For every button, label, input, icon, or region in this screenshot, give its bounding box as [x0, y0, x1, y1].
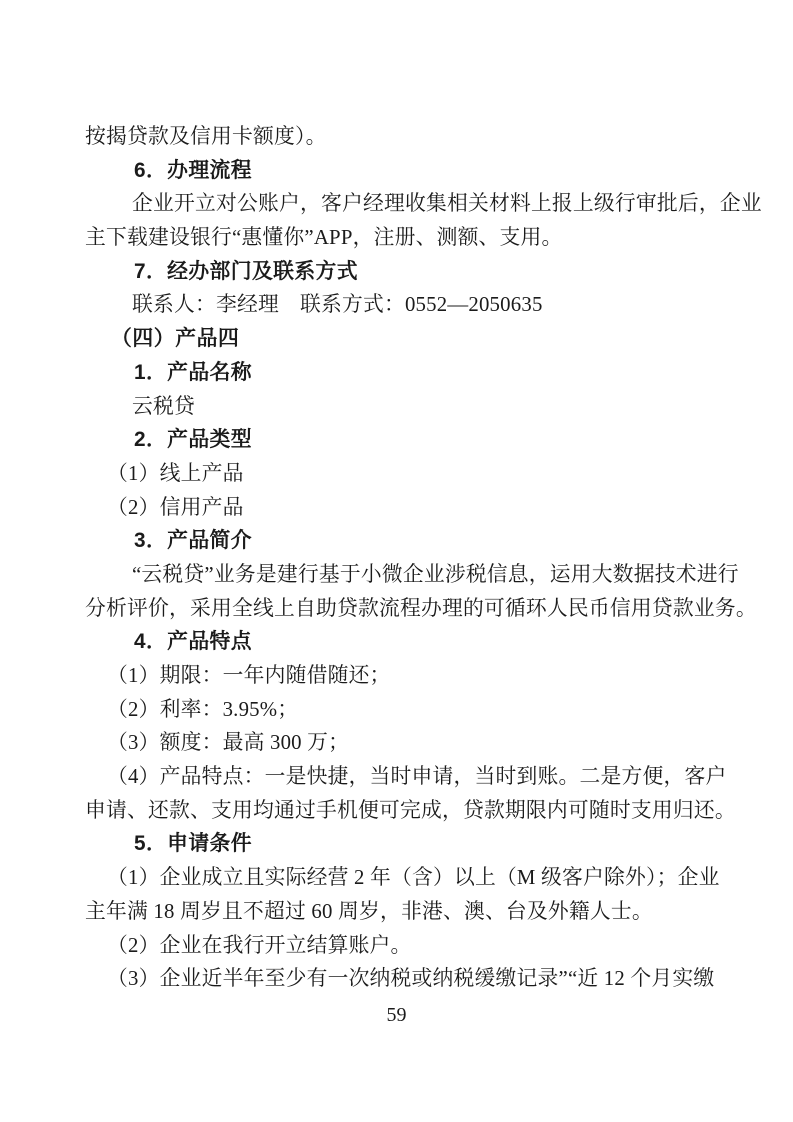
page-number: 59 [0, 1001, 793, 1029]
text-line: （2）信用产品 [85, 491, 713, 525]
text-line: （四）产品四 [85, 322, 713, 356]
text-line: 4．产品特点 [85, 625, 713, 659]
document-body: 按揭贷款及信用卡额度）。6．办理流程企业开立对公账户，客户经理收集相关材料上报上… [85, 120, 713, 996]
text-line: 6．办理流程 [85, 154, 713, 188]
text-line: “云税贷”业务是建行基于小微企业涉税信息，运用大数据技术进行 [85, 558, 713, 592]
text-line: （2）利率：3.95%； [85, 693, 713, 727]
text-line: 5．申请条件 [85, 827, 713, 861]
text-line: 主年满 18 周岁且不超过 60 周岁，非港、澳、台及外籍人士。 [85, 895, 713, 929]
text-line: （2）企业在我行开立结算账户。 [85, 929, 713, 963]
text-line: （3）额度：最高 300 万； [85, 726, 713, 760]
text-line: 按揭贷款及信用卡额度）。 [85, 120, 713, 154]
text-line: 7．经办部门及联系方式 [85, 255, 713, 289]
text-line: 3．产品简介 [85, 524, 713, 558]
text-line: 2．产品类型 [85, 423, 713, 457]
text-line: 1．产品名称 [85, 356, 713, 390]
text-line: （1）期限：一年内随借随还； [85, 659, 713, 693]
text-line: （3）企业近半年至少有一次纳税或纳税缓缴记录”“近 12 个月实缴 [85, 962, 713, 996]
text-line: （1）企业成立且实际经营 2 年（含）以上（M 级客户除外）；企业 [85, 861, 713, 895]
document-page: 按揭贷款及信用卡额度）。6．办理流程企业开立对公账户，客户经理收集相关材料上报上… [0, 0, 793, 1122]
text-line: 主下载建设银行“惠懂你”APP，注册、测额、支用。 [85, 221, 713, 255]
text-line: 分析评价，采用全线上自助贷款流程办理的可循环人民币信用贷款业务。 [85, 592, 713, 626]
text-line: （1）线上产品 [85, 457, 713, 491]
text-line: 企业开立对公账户，客户经理收集相关材料上报上级行审批后，企业 [85, 187, 713, 221]
text-line: 申请、还款、支用均通过手机便可完成，贷款期限内可随时支用归还。 [85, 794, 713, 828]
text-line: 联系人：李经理 联系方式：0552—2050635 [85, 288, 713, 322]
text-line: 云税贷 [85, 390, 713, 424]
text-line: （4）产品特点：一是快捷，当时申请，当时到账。二是方便，客户 [85, 760, 713, 794]
